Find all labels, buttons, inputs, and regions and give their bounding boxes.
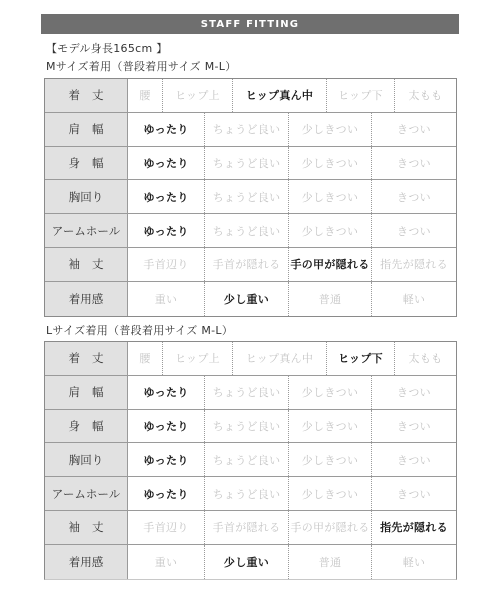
option: きつい [372, 477, 456, 510]
option: きつい [372, 376, 456, 409]
option: 少しきつい [289, 113, 372, 146]
option: ちょうど良い [205, 477, 289, 510]
option: ヒップ下 [327, 79, 395, 112]
row-label: アームホール [45, 214, 128, 247]
option: きつい [372, 113, 456, 146]
row-label: 着丈 [45, 342, 128, 375]
option: 手首が隠れる [205, 248, 289, 281]
option-selected: 手の甲が隠れる [289, 248, 372, 281]
option-group: 腰ヒップ上ヒップ真ん中ヒップ下太もも [128, 79, 456, 112]
option: 重い [128, 282, 205, 316]
row-body-width: 身幅ゆったりちょうど良い少しきついきつい [45, 147, 456, 181]
row-chest: 胸回りゆったりちょうど良い少しきついきつい [45, 443, 456, 477]
option-group: 手首辺り手首が隠れる手の甲が隠れる指先が隠れる [128, 511, 456, 544]
option: 手首辺り [128, 511, 205, 544]
option: 少しきつい [289, 376, 372, 409]
row-label: 身幅 [45, 410, 128, 443]
option: 普通 [289, 282, 372, 316]
option: ちょうど良い [205, 180, 289, 213]
option-selected: ゆったり [128, 147, 205, 180]
option: 太もも [395, 342, 456, 375]
option-group: ゆったりちょうど良い少しきついきつい [128, 410, 456, 443]
option-group: 手首辺り手首が隠れる手の甲が隠れる指先が隠れる [128, 248, 456, 281]
option: 普通 [289, 545, 372, 579]
option-group: ゆったりちょうど良い少しきついきつい [128, 147, 456, 180]
fitting-table-l-size: 着丈腰ヒップ上ヒップ真ん中ヒップ下太もも肩幅ゆったりちょうど良い少しきついきつい… [44, 341, 457, 580]
row-length: 着丈腰ヒップ上ヒップ真ん中ヒップ下太もも [45, 342, 456, 376]
option: 少しきつい [289, 214, 372, 247]
option: きつい [372, 147, 456, 180]
option: 手の甲が隠れる [289, 511, 372, 544]
option-selected: ヒップ真ん中 [233, 79, 327, 112]
row-label: 胸回り [45, 180, 128, 213]
row-label: 袖丈 [45, 511, 128, 544]
row-body-width: 身幅ゆったりちょうど良い少しきついきつい [45, 410, 456, 444]
option: 腰 [128, 79, 163, 112]
option: ヒップ上 [163, 79, 233, 112]
header-title: STAFF FITTING [201, 19, 299, 30]
row-label: 肩幅 [45, 376, 128, 409]
option-group: 重い少し重い普通軽い [128, 282, 456, 316]
option: ちょうど良い [205, 147, 289, 180]
option: 少しきつい [289, 477, 372, 510]
option: 手首が隠れる [205, 511, 289, 544]
option-selected: ゆったり [128, 376, 205, 409]
row-wear-feel: 着用感重い少し重い普通軽い [45, 282, 456, 316]
option: 少しきつい [289, 147, 372, 180]
row-label: 身幅 [45, 147, 128, 180]
option: 少しきつい [289, 180, 372, 213]
row-shoulder-width: 肩幅ゆったりちょうど良い少しきついきつい [45, 376, 456, 410]
option-group: ゆったりちょうど良い少しきついきつい [128, 376, 456, 409]
table-caption-l: Lサイズ着用（普段着用サイズ M-L） [46, 322, 233, 338]
option: きつい [372, 214, 456, 247]
option: 少しきつい [289, 443, 372, 476]
option-group: 腰ヒップ上ヒップ真ん中ヒップ下太もも [128, 342, 456, 375]
row-chest: 胸回りゆったりちょうど良い少しきついきつい [45, 180, 456, 214]
table-caption-m: Mサイズ着用（普段着用サイズ M-L） [46, 58, 237, 74]
row-armhole: アームホールゆったりちょうど良い少しきついきつい [45, 477, 456, 511]
option: 太もも [395, 79, 456, 112]
option: ちょうど良い [205, 214, 289, 247]
option-selected: ゆったり [128, 180, 205, 213]
option: ちょうど良い [205, 443, 289, 476]
option: 腰 [128, 342, 163, 375]
option: 軽い [372, 282, 456, 316]
row-label: アームホール [45, 477, 128, 510]
row-wear-feel: 着用感重い少し重い普通軽い [45, 545, 456, 579]
option: ヒップ真ん中 [233, 342, 327, 375]
option-selected: ゆったり [128, 477, 205, 510]
row-sleeve-length: 袖丈手首辺り手首が隠れる手の甲が隠れる指先が隠れる [45, 511, 456, 545]
option-selected: 少し重い [205, 282, 289, 316]
option: 軽い [372, 545, 456, 579]
option: きつい [372, 443, 456, 476]
row-label: 着丈 [45, 79, 128, 112]
option: きつい [372, 180, 456, 213]
option-selected: ゆったり [128, 113, 205, 146]
option-group: ゆったりちょうど良い少しきついきつい [128, 113, 456, 146]
row-length: 着丈腰ヒップ上ヒップ真ん中ヒップ下太もも [45, 79, 456, 113]
option: 手首辺り [128, 248, 205, 281]
option-selected: 少し重い [205, 545, 289, 579]
model-height-caption: 【モデル身長165cm 】 [46, 40, 168, 56]
option: ヒップ上 [163, 342, 233, 375]
option-group: ゆったりちょうど良い少しきついきつい [128, 477, 456, 510]
option-group: ゆったりちょうど良い少しきついきつい [128, 180, 456, 213]
row-label: 胸回り [45, 443, 128, 476]
option-group: ゆったりちょうど良い少しきついきつい [128, 443, 456, 476]
row-shoulder-width: 肩幅ゆったりちょうど良い少しきついきつい [45, 113, 456, 147]
option-group: 重い少し重い普通軽い [128, 545, 456, 579]
option: 指先が隠れる [372, 248, 456, 281]
row-armhole: アームホールゆったりちょうど良い少しきついきつい [45, 214, 456, 248]
option-selected: ヒップ下 [327, 342, 395, 375]
option-selected: 指先が隠れる [372, 511, 456, 544]
option-selected: ゆったり [128, 443, 205, 476]
row-label: 着用感 [45, 545, 128, 579]
option: ちょうど良い [205, 376, 289, 409]
staff-fitting-header: STAFF FITTING [41, 14, 459, 34]
option: ちょうど良い [205, 113, 289, 146]
option-selected: ゆったり [128, 410, 205, 443]
row-sleeve-length: 袖丈手首辺り手首が隠れる手の甲が隠れる指先が隠れる [45, 248, 456, 282]
option-group: ゆったりちょうど良い少しきついきつい [128, 214, 456, 247]
row-label: 着用感 [45, 282, 128, 316]
option: 重い [128, 545, 205, 579]
option-selected: ゆったり [128, 214, 205, 247]
row-label: 袖丈 [45, 248, 128, 281]
fitting-table-m-size: 着丈腰ヒップ上ヒップ真ん中ヒップ下太もも肩幅ゆったりちょうど良い少しきついきつい… [44, 78, 457, 317]
option: きつい [372, 410, 456, 443]
row-label: 肩幅 [45, 113, 128, 146]
option: ちょうど良い [205, 410, 289, 443]
option: 少しきつい [289, 410, 372, 443]
